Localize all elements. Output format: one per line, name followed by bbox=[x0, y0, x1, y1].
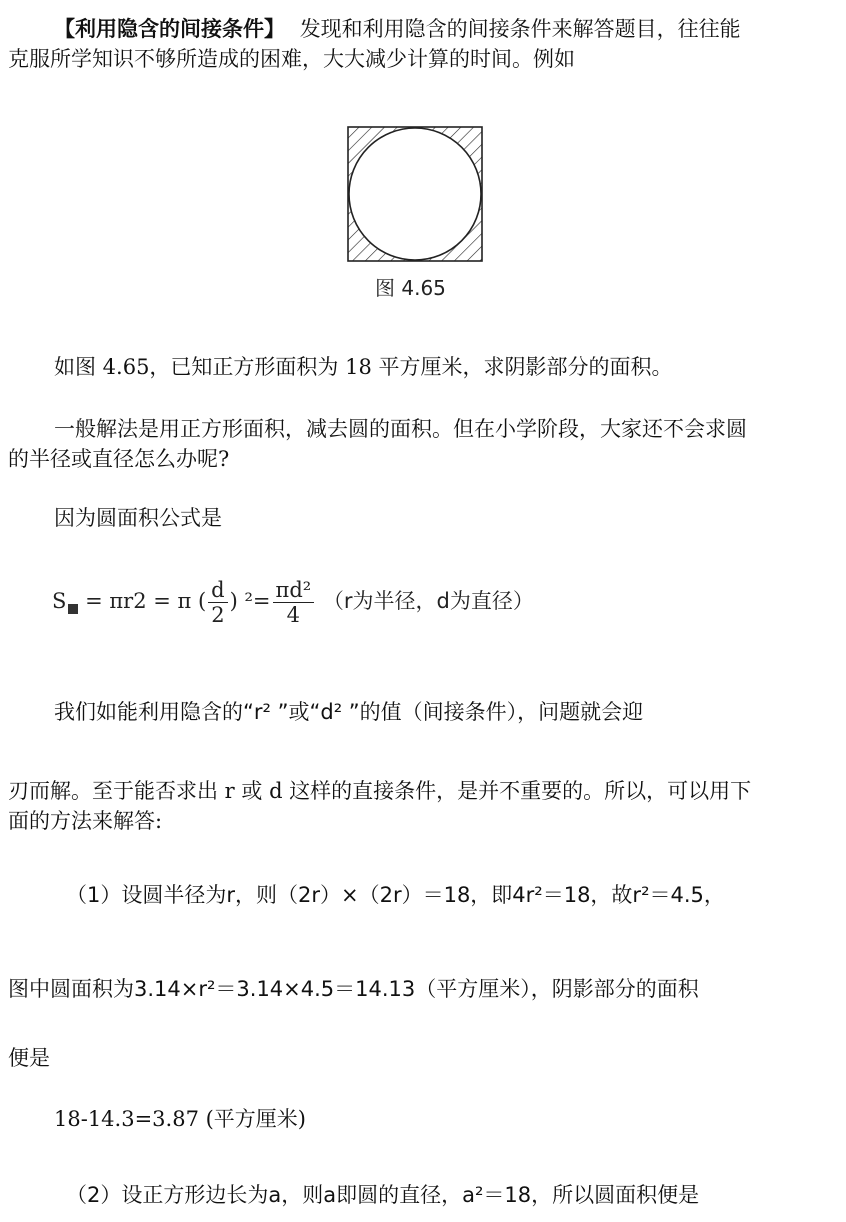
paragraph-intro-line1: 【利用隐含的间接条件】 发现和利用隐含的间接条件来解答题目，往往能 bbox=[54, 14, 741, 44]
section-heading: 【利用隐含的间接条件】 bbox=[54, 17, 285, 41]
fraction-pi-d2-over-4: πd²4 bbox=[273, 578, 315, 627]
circle-area-formula: S = πr2 = π (d2) ²=πd²4 （r为半径，d为直径） bbox=[52, 578, 534, 627]
paragraph-hidden-condition: 我们如能利用隐含的“r² ”或“d² ”的值（间接条件），问题就会迎 bbox=[54, 697, 643, 727]
paragraph-method-line2: 的半径或直径怎么办呢? bbox=[8, 444, 229, 474]
paragraph-solution-line1: 刃而解。至于能否求出 r 或 d 这样的直接条件，是并不重要的。所以，可以用下 bbox=[8, 776, 751, 806]
formula-note: （r为半径，d为直径） bbox=[323, 589, 534, 613]
solution-step-1: （1）设圆半径为r，则（2r）×（2r）＝18，即4r²＝18，故r²＝4.5， bbox=[66, 880, 725, 910]
solution-step-1-area: 图中圆面积为3.14×r²＝3.14×4.5＝14.13（平方厘米），阴影部分的… bbox=[8, 974, 699, 1004]
intro-text: 发现和利用隐含的间接条件来解答题目，往往能 bbox=[300, 17, 741, 41]
subscript-circle-glyph bbox=[68, 604, 78, 614]
paragraph-formula-intro: 因为圆面积公式是 bbox=[54, 503, 222, 533]
solution-step-1-end: 便是 bbox=[8, 1043, 50, 1073]
figure-caption: 图 4.65 bbox=[375, 272, 446, 301]
paragraph-method-line1: 一般解法是用正方形面积，减去圆的面积。但在小学阶段，大家还不会求圆 bbox=[54, 414, 747, 444]
solution-step-1-result: 18-14.3=3.87 (平方厘米) bbox=[54, 1104, 306, 1134]
problem-statement: 如图 4.65，已知正方形面积为 18 平方厘米，求阴影部分的面积。 bbox=[54, 352, 673, 382]
fraction-d-over-2: d2 bbox=[208, 578, 227, 627]
paragraph-intro-line2: 克服所学知识不够所造成的困难，大大减少计算的时间。例如 bbox=[8, 44, 575, 74]
solution-step-2: （2）设正方形边长为a，则a即圆的直径，a²＝18，所以圆面积便是 bbox=[66, 1180, 699, 1210]
inscribed-circle bbox=[349, 128, 481, 260]
figure-square-inscribed-circle bbox=[347, 126, 483, 262]
paragraph-solution-line2: 面的方法来解答: bbox=[8, 806, 162, 836]
